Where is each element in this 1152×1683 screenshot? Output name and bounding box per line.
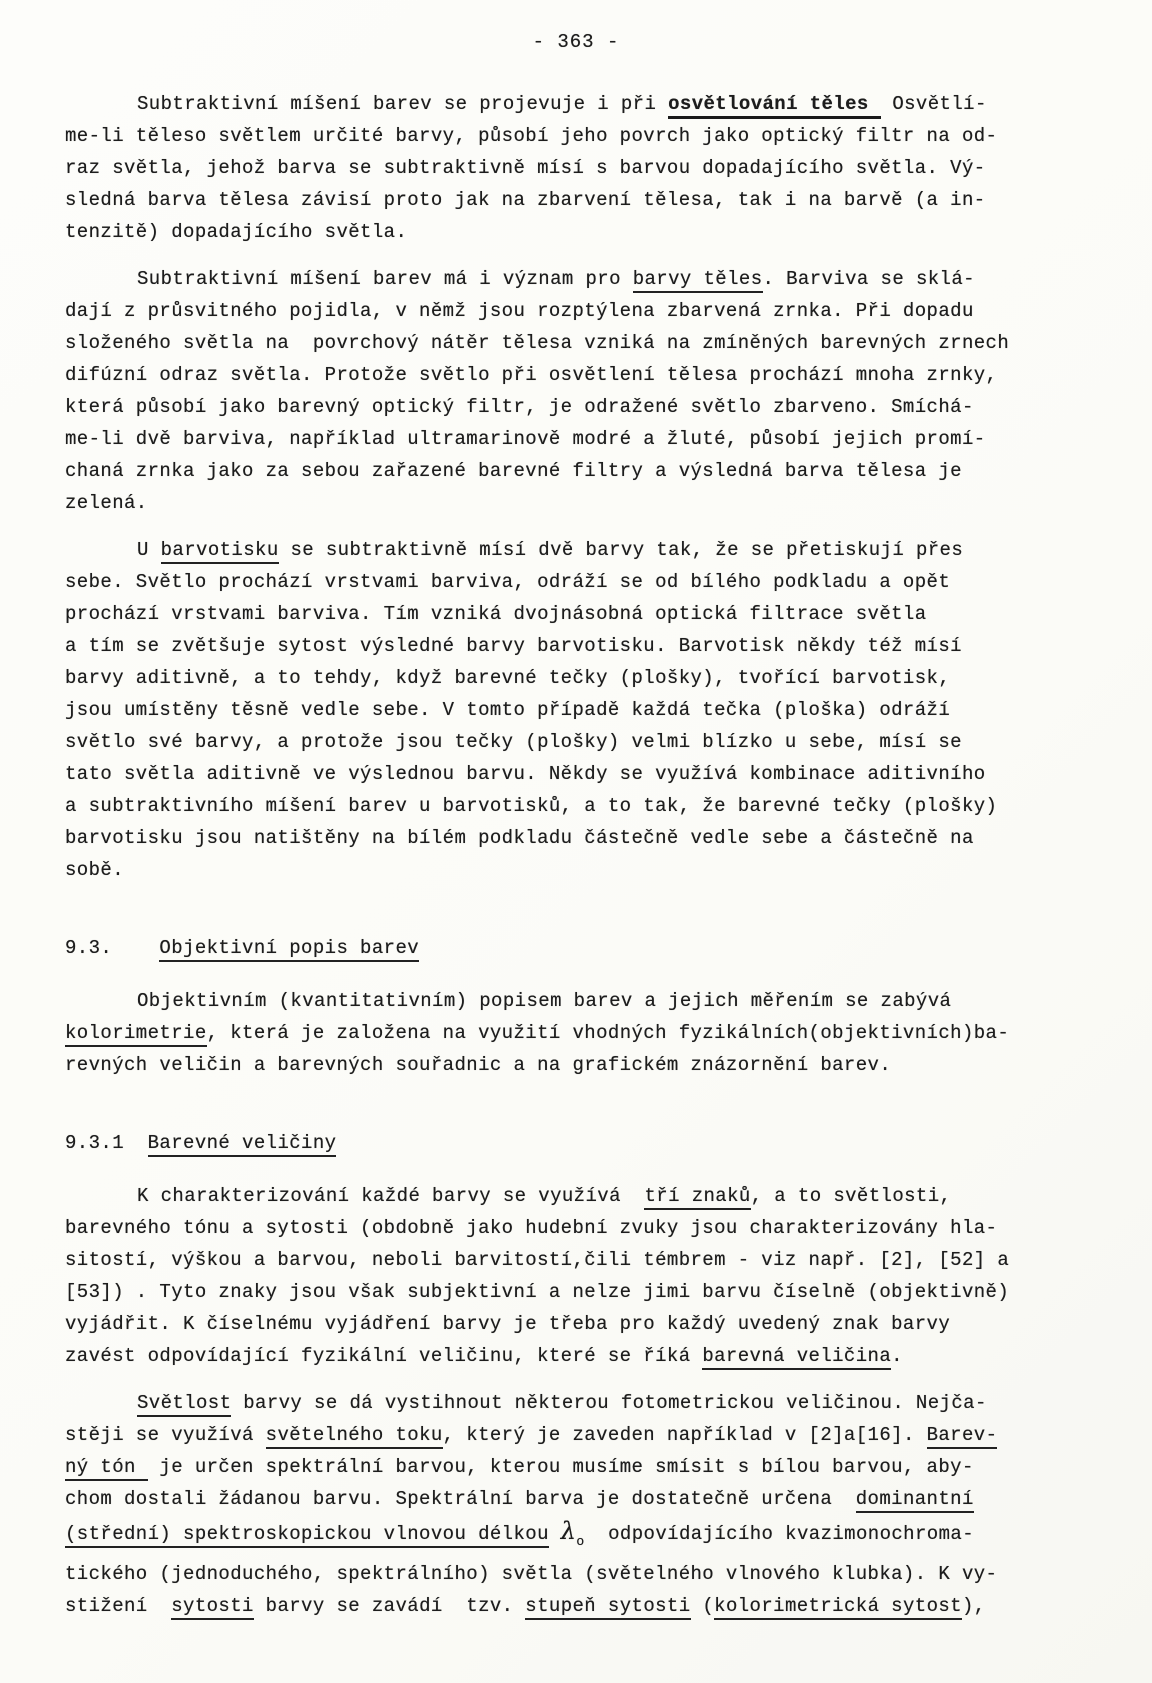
text-segment: sledná barva tělesa závisí proto jak na … [65,189,986,211]
text-segment: . Barviva se sklá- [763,268,975,290]
text-line: zavést odpovídající fyzikální veličinu, … [65,1340,1087,1372]
text-segment: odpovídajícího kvazimonochroma- [585,1523,974,1545]
text-line: me-li dvě barviva, například ultramarino… [65,423,1087,455]
text-segment: barvy se dá vystihnout některou fotometr… [231,1392,986,1414]
text-line: me-li těleso světlem určité barvy, působ… [65,120,1087,152]
text-line: světlo své barvy, a protože jsou tečky (… [65,726,1087,758]
text-line: vyjádřit. K číselnému vyjádření barvy je… [65,1308,1087,1340]
text-line: U barvotisku se subtraktivně mísí dvě ba… [65,534,1087,566]
text-line: barvy aditivně, a to tehdy, když barevné… [65,662,1087,694]
text-line: jsou umístěny těsně vedle sebe. V tomto … [65,694,1087,726]
underlined-term: kolorimetrie [65,1022,207,1047]
text-line: zelená. [65,487,1087,519]
text-line: sobě. [65,854,1087,886]
scanned-document-page: - 363 - Subtraktivní míšení barev se pro… [0,0,1152,1683]
text-segment: vyjádřit. K číselnému vyjádření barvy je… [65,1313,950,1335]
paragraph-body-colors: Subtraktivní míšení barev má i význam pr… [65,263,1087,519]
text-segment: se subtraktivně mísí dvě barvy tak, že s… [279,539,964,561]
text-segment: tato světla aditivně ve výslednou barvu.… [65,763,986,785]
underlined-term: Barev- [927,1424,998,1449]
text-line: tenzitě) dopadajícího světla. [65,216,1087,248]
text-line: a subtraktivního míšení barev u barvotis… [65,790,1087,822]
underlined-term: tří znaků [644,1185,750,1210]
text-line: sitostí, výškou a barvou, neboli barvito… [65,1244,1087,1276]
text-segment: chom dostali žádanou barvu. Spektrální b… [65,1488,856,1510]
underlined-term: světelného toku [266,1424,443,1449]
text-segment: jsou umístěny těsně vedle sebe. V tomto … [65,699,950,721]
paragraph-color-printing: U barvotisku se subtraktivně mísí dvě ba… [65,534,1087,886]
document-body: Subtraktivní míšení barev se projevuje i… [65,88,1087,1622]
underlined-term: barvy těles [633,268,763,293]
text-line: barevného tónu a sytosti (obdobně jako h… [65,1212,1087,1244]
text-line: sledná barva tělesa závisí proto jak na … [65,184,1087,216]
text-line: raz světla, jehož barva se subtraktivně … [65,152,1087,184]
text-line: 9.3. Objektivní popis barev [65,932,1087,964]
underlined-term: (střední) spektroskopickou vlnovou délko… [65,1523,549,1548]
text-line: která působí jako barevný optický filtr,… [65,391,1087,423]
text-segment: a subtraktivního míšení barev u barvotis… [65,795,997,817]
underlined-term: Objektivní popis barev [159,937,419,962]
text-segment: Osvětlí- [881,93,987,115]
underlined-term: kolorimetrická sytost [714,1595,962,1620]
text-line: chaná zrnka jako za sebou zařazené barev… [65,455,1087,487]
underlined-term: sytosti [171,1595,254,1620]
text-segment: . [891,1345,903,1367]
text-segment [549,1523,561,1545]
text-segment: která působí jako barevný optický filtr,… [65,396,974,418]
text-segment: Subtraktivní míšení barev se projevuje i… [137,93,668,115]
text-segment: chaná zrnka jako za sebou zařazené barev… [65,460,962,482]
text-line: ný tón je určen spektrální barvou, ktero… [65,1451,1087,1483]
text-segment: sobě. [65,859,124,881]
emphasized-term: osvětlování těles [668,93,880,119]
text-segment: stěji se využívá [65,1424,266,1446]
text-segment: , která je založena na využití vhodných … [207,1022,1010,1044]
text-segment: difúzní odraz světla. Protože světlo při… [65,364,997,386]
text-segment: stižení [65,1595,171,1617]
underlined-term: ný tón [65,1456,148,1481]
text-segment: barvy aditivně, a to tehdy, když barevné… [65,667,950,689]
text-line: stěji se využívá světelného toku, který … [65,1419,1087,1451]
text-line: revných veličin a barevných souřadnic a … [65,1049,1087,1081]
subscript-o: o [576,1534,584,1549]
text-line: difúzní odraz světla. Protože světlo při… [65,359,1087,391]
text-segment: je určen spektrální barvou, kterou musím… [148,1456,974,1478]
text-segment: složeného světla na povrchový nátěr těle… [65,332,1009,354]
text-segment: sebe. Světlo prochází vrstvami barviva, … [65,571,950,593]
text-segment: 9.3.1 [65,1132,148,1154]
text-line: složeného světla na povrchový nátěr těle… [65,327,1087,359]
underlined-term: barvotisku [161,539,279,564]
text-segment: 9.3. [65,937,159,959]
text-segment: me-li dvě barviva, například ultramarino… [65,428,986,450]
text-segment: a tím se zvětšuje sytost výsledné barvy … [65,635,962,657]
text-segment: revných veličin a barevných souřadnic a … [65,1054,891,1076]
text-segment: zavést odpovídající fyzikální veličinu, … [65,1345,702,1367]
underlined-term: barevná veličina [702,1345,891,1370]
text-segment: tického (jednoduchého, spektrálního) svě… [65,1563,997,1585]
text-segment: prochází vrstvami barviva. Tím vzniká dv… [65,603,927,625]
text-line: K charakterizování každé barvy se využív… [65,1180,1087,1212]
underlined-term: stupeň sytosti [525,1595,690,1620]
text-segment: světlo své barvy, a protože jsou tečky (… [65,731,962,753]
text-segment: Objektivním (kvantitativním) popisem bar… [137,990,951,1012]
text-line: sebe. Světlo prochází vrstvami barviva, … [65,566,1087,598]
paragraph-lightness-hue-saturation: Světlost barvy se dá vystihnout některou… [65,1387,1087,1622]
text-line: tato světla aditivně ve výslednou barvu.… [65,758,1087,790]
text-segment: tenzitě) dopadajícího světla. [65,221,407,243]
paragraph-three-attributes: K charakterizování každé barvy se využív… [65,1180,1087,1372]
text-segment: ), [962,1595,986,1617]
underlined-term: dominantní [856,1488,974,1513]
text-segment: [53]) . Tyto znaky jsou však subjektivní… [65,1281,1009,1303]
text-line: chom dostali žádanou barvu. Spektrální b… [65,1483,1087,1515]
text-segment: sitostí, výškou a barvou, neboli barvito… [65,1249,1009,1271]
section-heading-9-3-1: 9.3.1 Barevné veličiny [65,1127,1087,1159]
text-line: Objektivním (kvantitativním) popisem bar… [65,985,1087,1017]
text-segment: barvotisku jsou natištěny na bílém podkl… [65,827,974,849]
text-segment: dají z průsvitného pojidla, v němž jsou … [65,300,974,322]
text-line: tického (jednoduchého, spektrálního) svě… [65,1558,1087,1590]
text-line: a tím se zvětšuje sytost výsledné barvy … [65,630,1087,662]
text-line: prochází vrstvami barviva. Tím vzniká dv… [65,598,1087,630]
underlined-term: Světlost [137,1392,231,1417]
paragraph-colorimetry: Objektivním (kvantitativním) popisem bar… [65,985,1087,1081]
text-line: dají z průsvitného pojidla, v němž jsou … [65,295,1087,327]
text-line: Subtraktivní míšení barev se projevuje i… [65,88,1087,120]
text-segment: K charakterizování každé barvy se využív… [137,1185,644,1207]
text-segment: raz světla, jehož barva se subtraktivně … [65,157,986,179]
text-line: (střední) spektroskopickou vlnovou délko… [65,1515,1087,1558]
text-line: Subtraktivní míšení barev má i význam pr… [65,263,1087,295]
text-line: barvotisku jsou natištěny na bílém podkl… [65,822,1087,854]
paragraph-subtractive-illumination: Subtraktivní míšení barev se projevuje i… [65,88,1087,248]
text-segment: barevného tónu a sytosti (obdobně jako h… [65,1217,997,1239]
text-segment: , a to světlosti, [751,1185,952,1207]
text-segment: barvy se zavádí tzv. [254,1595,525,1617]
text-line: Světlost barvy se dá vystihnout některou… [65,1387,1087,1419]
text-line: 9.3.1 Barevné veličiny [65,1127,1087,1159]
text-segment: Subtraktivní míšení barev má i význam pr… [137,268,633,290]
text-line: stižení sytosti barvy se zavádí tzv. stu… [65,1590,1087,1622]
lambda-symbol: λ [561,1517,577,1545]
text-segment: U [137,539,161,561]
text-segment: ( [691,1595,715,1617]
section-heading-9-3: 9.3. Objektivní popis barev [65,932,1087,964]
text-segment: me-li těleso světlem určité barvy, působ… [65,125,997,147]
text-segment: , který je zaveden například v [2]a[16]. [443,1424,927,1446]
text-line: kolorimetrie, která je založena na využi… [65,1017,1087,1049]
underlined-term: Barevné veličiny [148,1132,337,1157]
text-line: [53]) . Tyto znaky jsou však subjektivní… [65,1276,1087,1308]
page-number: - 363 - [65,26,1087,58]
text-segment: zelená. [65,492,148,514]
